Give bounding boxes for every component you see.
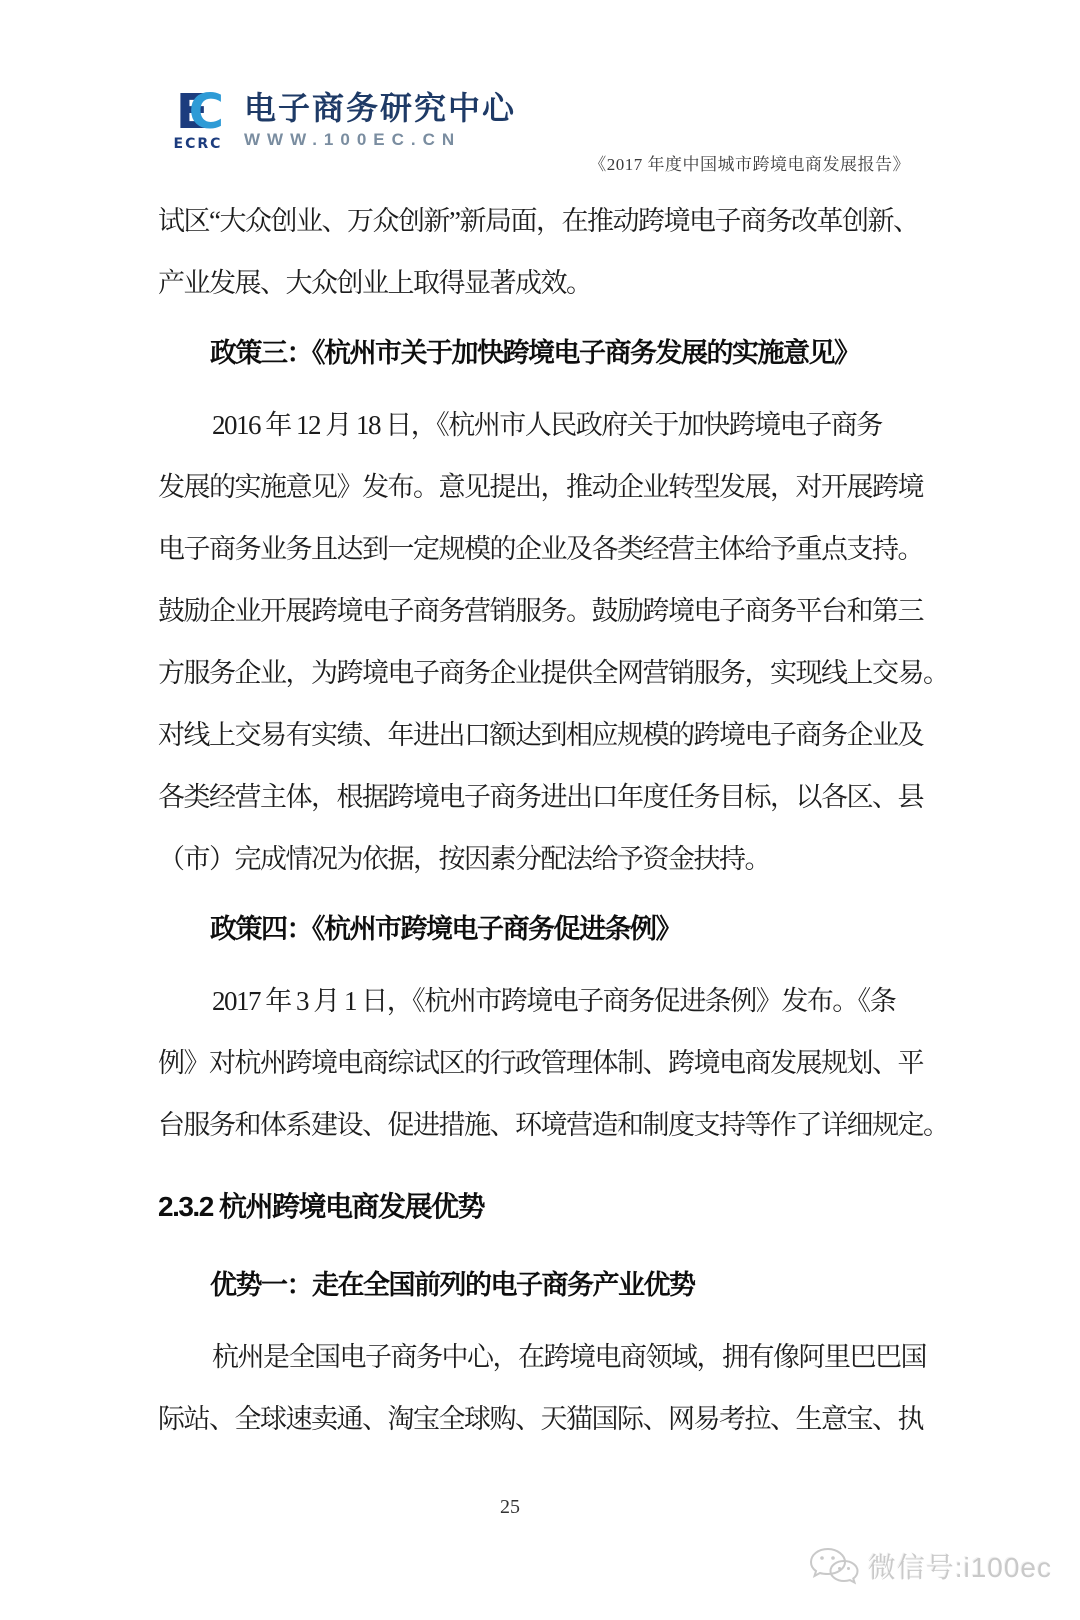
ecrc-logo: EC ECRC 电子商务研究中心 WWW.100EC.CN [162, 90, 516, 152]
logo-letter-c: C [189, 84, 220, 140]
body-line: 际站、全球速卖通、淘宝全球购、天猫国际、网易考拉、生意宝、执 [158, 1388, 948, 1450]
page-number: 25 [0, 1496, 1020, 1519]
policy-heading: 政策四：《杭州市跨境电子商务促进条例》 [158, 898, 948, 960]
ec-monogram-icon: EC [162, 90, 234, 134]
body-line: 电子商务业务且达到一定规模的企业及各类经营主体给予重点支持。 [158, 518, 948, 580]
logo-text-block: 电子商务研究中心 WWW.100EC.CN [244, 90, 516, 150]
section-heading: 2.3.2 杭州跨境电商发展优势 [158, 1176, 948, 1238]
body-line: 鼓励企业开展跨境电子商务营销服务。鼓励跨境电子商务平台和第三 [158, 580, 948, 642]
body-line: 杭州是全国电子商务中心，在跨境电商领域，拥有像阿里巴巴国 [158, 1326, 948, 1388]
policy-heading: 政策三：《杭州市关于加快跨境电子商务发展的实施意见》 [158, 322, 948, 384]
document-page: EC ECRC 电子商务研究中心 WWW.100EC.CN 《2017 年度中国… [0, 0, 1080, 1620]
body-line: 例》对杭州跨境电商综试区的行政管理体制、跨境电商发展规划、平 [158, 1032, 948, 1094]
website-url: WWW.100EC.CN [244, 130, 516, 150]
wechat-icon [808, 1545, 860, 1587]
body-line: 2017 年 3 月 1 日，《杭州市跨境电子商务促进条例》发布。《条 [158, 970, 948, 1032]
ecrc-logo-mark: EC ECRC [162, 90, 234, 152]
report-title: 《2017 年度中国城市跨境电商发展报告》 [589, 150, 910, 175]
body-line: 2016 年 12 月 18 日，《杭州市人民政府关于加快跨境电子商务 [158, 394, 948, 456]
advantage-heading: 优势一：走在全国前列的电子商务产业优势 [158, 1254, 948, 1316]
body-line: 对线上交易有实绩、年进出口额达到相应规模的跨境电子商务企业及 [158, 704, 948, 766]
logo-acronym: ECRC [162, 136, 234, 152]
body-line: 各类经营主体，根据跨境电子商务进出口年度任务目标，以各区、县 [158, 766, 948, 828]
body-line: 发展的实施意见》发布。意见提出，推动企业转型发展，对开展跨境 [158, 456, 948, 518]
organization-name: 电子商务研究中心 [244, 90, 516, 126]
body-line: （市）完成情况为依据，按因素分配法给予资金扶持。 [158, 828, 948, 890]
watermark-text: 微信号:i100ec [868, 1546, 1052, 1586]
body-line: 产业发展、大众创业上取得显著成效。 [158, 252, 948, 314]
body-line: 试区“大众创业、万众创新”新局面，在推动跨境电子商务改革创新、 [158, 190, 948, 252]
watermark: 微信号:i100ec [808, 1545, 1052, 1587]
document-body: 试区“大众创业、万众创新”新局面，在推动跨境电子商务改革创新、 产业发展、大众创… [158, 190, 948, 1450]
body-line: 台服务和体系建设、促进措施、环境营造和制度支持等作了详细规定。 [158, 1094, 948, 1156]
body-line: 方服务企业，为跨境电子商务企业提供全网营销服务，实现线上交易。 [158, 642, 948, 704]
